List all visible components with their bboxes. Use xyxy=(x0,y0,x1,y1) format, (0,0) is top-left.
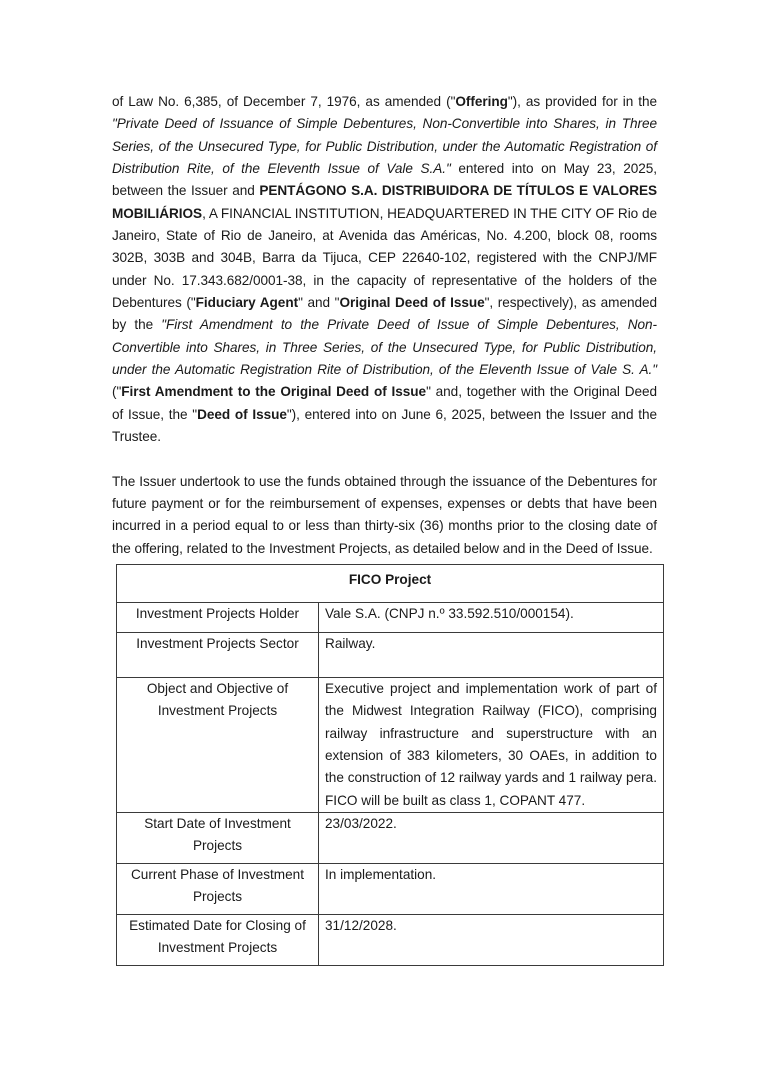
row-value-holder: Vale S.A. (CNPJ n.º 33.592.510/000154). xyxy=(319,603,664,633)
row-label-closing-date: Estimated Date for Closing of Investment… xyxy=(117,915,319,966)
table-row: Estimated Date for Closing of Investment… xyxy=(117,915,664,966)
row-value-closing-date: 31/12/2028. xyxy=(319,915,664,966)
row-value-objective: Executive project and implementation wor… xyxy=(319,678,664,813)
text-segment: "First Amendment to the Private Deed of … xyxy=(112,317,657,377)
document-body: of Law No. 6,385, of December 7, 1976, a… xyxy=(112,91,657,560)
table-title: FICO Project xyxy=(117,565,664,603)
text-segment: Fiduciary Agent xyxy=(196,295,298,310)
text-segment: of Law No. 6,385, of December 7, 1976, a… xyxy=(112,94,455,109)
row-label-holder: Investment Projects Holder xyxy=(117,603,319,633)
text-segment: First Amendment to the Original Deed of … xyxy=(121,384,426,399)
paragraph-use-of-funds: The Issuer undertook to use the funds ob… xyxy=(112,471,657,560)
table-row: Object and Objective of Investment Proje… xyxy=(117,678,664,813)
text-segment: " and " xyxy=(298,295,339,310)
table-row: Investment Projects Holder Vale S.A. (CN… xyxy=(117,603,664,633)
row-value-sector: Railway. xyxy=(319,633,664,678)
row-value-phase: In implementation. xyxy=(319,864,664,915)
row-label-sector: Investment Projects Sector xyxy=(117,633,319,678)
table-row: Current Phase of Investment Projects In … xyxy=(117,864,664,915)
row-label-objective: Object and Objective of Investment Proje… xyxy=(117,678,319,813)
text-segment: Deed of Issue xyxy=(197,407,287,422)
table-row: Start Date of Investment Projects 23/03/… xyxy=(117,813,664,864)
row-value-start-date: 23/03/2022. xyxy=(319,813,664,864)
row-label-start-date: Start Date of Investment Projects xyxy=(117,813,319,864)
text-segment: Original Deed of Issue xyxy=(339,295,484,310)
table-row: Investment Projects Sector Railway. xyxy=(117,633,664,678)
row-label-phase: Current Phase of Investment Projects xyxy=(117,864,319,915)
fico-project-table: FICO Project Investment Projects Holder … xyxy=(116,564,664,966)
text-segment: (" xyxy=(112,384,121,399)
paragraph-offering-deed: of Law No. 6,385, of December 7, 1976, a… xyxy=(112,91,657,449)
text-segment: "), as provided for in the xyxy=(508,94,657,109)
text-segment: Offering xyxy=(455,94,507,109)
